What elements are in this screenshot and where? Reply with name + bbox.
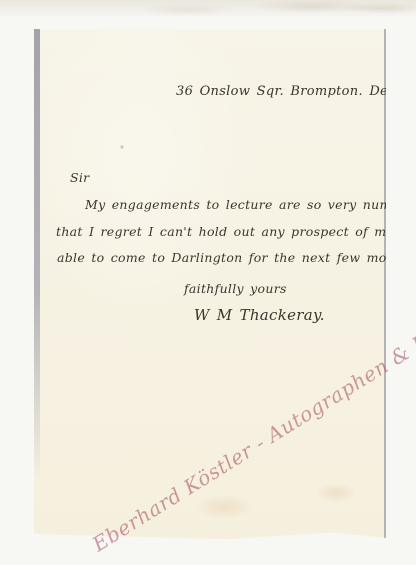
letter-signature: W M Thackeray. (194, 306, 325, 324)
background-texture (0, 0, 416, 16)
letter-body-line: able to come to Darlington for the next … (57, 250, 416, 265)
letter-paper: 36 Onslow Sqr. Brompton. Dec 29. Sir My … (34, 29, 386, 539)
letter-body-line: that I regret I can't hold out any prosp… (56, 224, 416, 239)
autograph-letter-photo: 36 Onslow Sqr. Brompton. Dec 29. Sir My … (0, 0, 416, 565)
paper-edge-shadow (34, 29, 40, 499)
letter-closing: faithfully yours (184, 281, 287, 296)
letter-body-line: My engagements to lecture are so very nu… (85, 197, 416, 212)
letter-heading-address-date: 36 Onslow Sqr. Brompton. Dec 29. (176, 84, 416, 99)
letter-salutation: Sir (70, 170, 89, 185)
